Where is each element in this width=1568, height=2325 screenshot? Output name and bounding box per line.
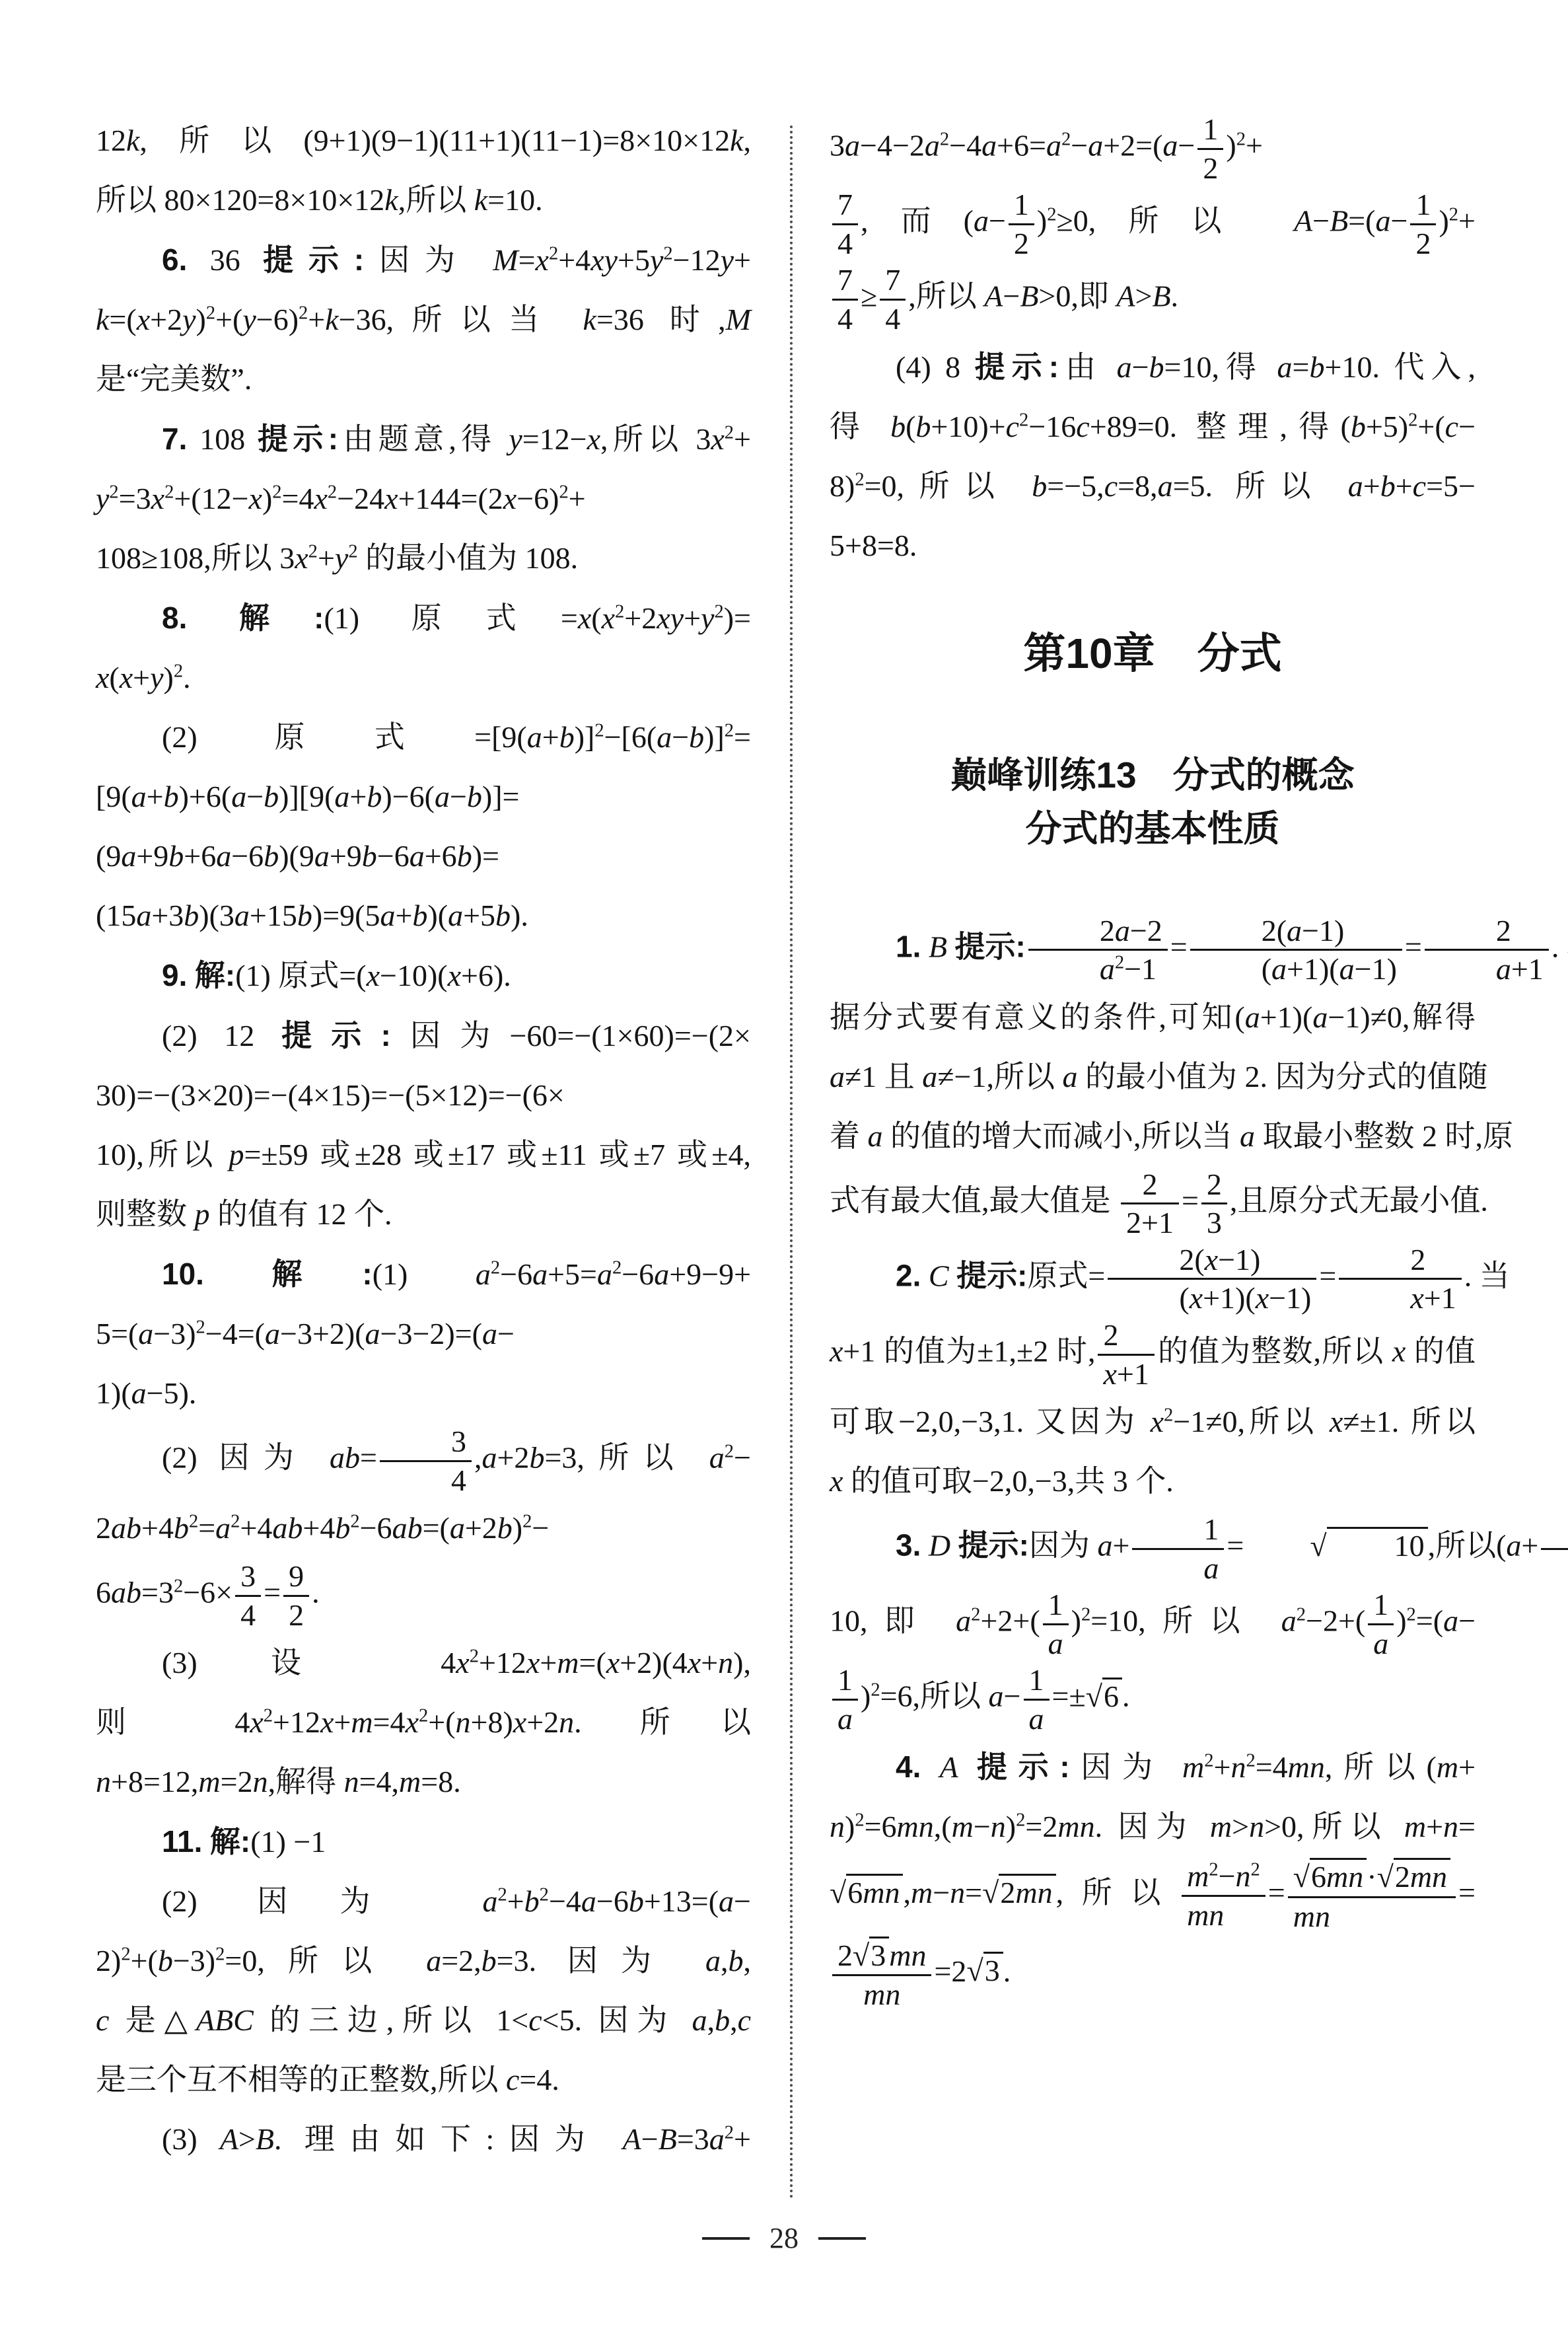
text-line: 可取−2,0,−3,1. 又因为 x2−1≠0,所以 x≠±1. 所以: [830, 1392, 1476, 1452]
text-line: (2) 因为 ab=34,a+2b=3,所以 a2−: [96, 1423, 751, 1498]
fraction: 23: [1201, 1166, 1227, 1241]
fraction: 1a: [1132, 1511, 1224, 1586]
text-line: 1. B 提示:2a−2a2−1=2(a−1)(a+1)(a−1)=2a+1. …: [830, 912, 1476, 988]
text-line: 式有最大值,最大值是 22+1=23,且原分式无最小值.: [830, 1166, 1476, 1241]
text-line: 30)=−(3×20)=−(4×15)=−(5×12)=−(6×: [96, 1066, 751, 1125]
text-line: 2√3mnmn=2√3.: [830, 1935, 1476, 2013]
sqrt-expression: √10: [1244, 1529, 1427, 1563]
sqrt-expression: √2mn: [982, 1876, 1055, 1909]
text-line: 4. A 提示:因为 m2+n2=4mn,所以(m+: [830, 1737, 1476, 1797]
column-divider: [790, 126, 793, 2200]
fraction: 2(x−1)(x+1)(x−1): [1108, 1241, 1316, 1317]
section-title-line2: 分式的基本性质: [830, 805, 1476, 853]
fraction: 12: [1410, 186, 1436, 262]
fraction: 2a−2a2−1: [1028, 912, 1168, 988]
sqrt-expression: √3: [853, 1938, 889, 1972]
text-line: x 的值可取−2,0,−3,共 3 个.: [830, 1452, 1476, 1511]
text-line: 8)2=0,所以 b=−5,c=8,a=5. 所以 a+b+c=5−: [830, 457, 1476, 516]
text-line: (4) 8 提示:由 a−b=10,得 a=b+10. 代入,: [830, 337, 1476, 397]
text-line: x+1 的值为±1,±2 时,2x+1的值为整数,所以 x 的值: [830, 1317, 1476, 1392]
text-line: 3a−4−2a2−4a+6=a2−a+2=(a−12)2+: [830, 111, 1476, 186]
right-column-bottom: 1. B 提示:2a−2a2−1=2(a−1)(a+1)(a−1)=2a+1. …: [830, 912, 1476, 2013]
right-column: 3a−4−2a2−4a+6=a2−a+2=(a−12)2+74,而(a−12)2…: [830, 111, 1476, 2013]
text-line: 6ab=32−6×34=92.: [96, 1558, 751, 1633]
fraction: 1a: [1043, 1586, 1069, 1662]
text-line: n)2=6mn,(m−n)2=2mn. 因为 m>n>0,所以 m+n=: [830, 1797, 1476, 1857]
text-line: 7. 108 提示:由题意,得 y=12−x,所以 3x2+: [96, 409, 751, 469]
fraction: 2x+1: [1098, 1317, 1154, 1392]
fraction: 34: [380, 1423, 472, 1498]
text-line: 是三个互不相等的正整数,所以 c=4.: [96, 2050, 751, 2110]
text-line: 3. D 提示:因为 a+1a=√10,所以(a+1a)2=: [830, 1511, 1476, 1586]
footer-dash-right: [818, 2237, 866, 2240]
fraction: 1a: [1541, 1511, 1568, 1586]
text-line: c 是△ABC 的三边,所以 1<c<5. 因为 a,b,c: [96, 1991, 751, 2050]
fraction: 92: [283, 1558, 309, 1633]
fraction: 1a: [1368, 1586, 1394, 1662]
fraction: 1a: [832, 1662, 858, 1737]
text-line: 74,而(a−12)2≥0,所以 A−B=(a−12)2+: [830, 186, 1476, 262]
fraction: 12: [1197, 111, 1223, 186]
text-line: n+8=12,m=2n,解得 n=4,m=8.: [96, 1752, 751, 1812]
text-line: 5+8=8.: [830, 516, 1476, 575]
fraction: 74: [832, 186, 858, 262]
fraction: 2√3mnmn: [832, 1935, 931, 2013]
fraction: 12: [1009, 186, 1034, 262]
right-column-top: 3a−4−2a2−4a+6=a2−a+2=(a−12)2+74,而(a−12)2…: [830, 111, 1476, 575]
text-line: 74≥74,所以 A−B>0,即 A>B.: [830, 262, 1476, 337]
text-line: 则整数 p 的值有 12 个.: [96, 1185, 751, 1244]
text-line: 9. 解:(1) 原式=(x−10)(x+6).: [96, 945, 751, 1006]
text-line: 108≥108,所以 3x2+y2 的最小值为 108.: [96, 529, 751, 588]
text-line: 得 b(b+10)+c2−16c+89=0. 整理,得(b+5)2+(c−: [830, 397, 1476, 457]
text-line: a≠1 且 a≠−1,所以 a 的最小值为 2. 因为分式的值随: [830, 1047, 1476, 1107]
text-line: 所以 80×120=8×10×12k,所以 k=10.: [96, 170, 751, 230]
text-line: (2) 12 提示:因为−60=−(1×60)=−(2×: [96, 1006, 751, 1066]
text-line: √6mn,m−n=√2mn,所以m2−n2mn=√6mn·√2mnmn=: [830, 1857, 1476, 1935]
chapter-title: 第10章 分式: [830, 628, 1476, 679]
text-line: (15a+3b)(3a+15b)=9(5a+b)(a+5b).: [96, 886, 751, 945]
text-line: 10),所以 p=±59 或±28 或±17 或±11 或±7 或±4,: [96, 1125, 751, 1185]
sqrt-expression: √6mn: [830, 1876, 903, 1909]
sqrt-expression: √6mn: [1293, 1860, 1367, 1894]
text-line: 2ab+4b2=a2+4ab+4b2−6ab=(a+2b)2−: [96, 1498, 751, 1558]
fraction: m2−n2mn: [1182, 1858, 1265, 1933]
text-line: (2) 因为 a2+b2−4a−6b+13=(a−: [96, 1872, 751, 1931]
text-line: 据分式要有意义的条件,可知(a+1)(a−1)≠0,解得: [830, 988, 1476, 1047]
text-line: 着 a 的值的增大而减小,所以当 a 取最小整数 2 时,原: [830, 1107, 1476, 1166]
fraction: 2a+1: [1425, 912, 1549, 988]
text-line: 1a)2=6,所以 a−1a=±√6.: [830, 1662, 1476, 1737]
text-line: (3) A>B. 理由如下:因为 A−B=3a2+: [96, 2110, 751, 2169]
text-line: 2. C 提示:原式=2(x−1)(x+1)(x−1)=2x+1. 当: [830, 1241, 1476, 1317]
text-line: x(x+y)2.: [96, 648, 751, 708]
text-line: k=(x+2y)2+(y−6)2+k−36,所以当 k=36 时,M: [96, 290, 751, 350]
text-line: [9(a+b)+6(a−b)][9(a+b)−6(a−b)]=: [96, 767, 751, 827]
fraction: 2(a−1)(a+1)(a−1): [1190, 912, 1402, 988]
text-line: (2) 原式=[9(a+b)]2−[6(a−b)]2=: [96, 708, 751, 767]
text-line: 6. 36 提示:因为 M=x2+4xy+5y2−12y+: [96, 230, 751, 290]
text-line: 10. 解:(1) a2−6a+5=a2−6a+9−9+: [96, 1244, 751, 1304]
text-line: 8. 解:(1) 原式=x(x2+2xy+y2)=: [96, 588, 751, 648]
fraction: 74: [832, 262, 858, 337]
sqrt-expression: √6: [1086, 1679, 1122, 1713]
text-line: (3) 设 4x2+12x+m=(x+2)(4x+n),: [96, 1633, 751, 1693]
footer-dash-left: [702, 2237, 750, 2240]
textbook-answer-page: 12k,所以(9+1)(9−1)(11+1)(11−1)=8×10×12k,所以…: [0, 0, 1568, 2325]
section-title-line1: 巅峰训练13 分式的概念: [830, 752, 1476, 799]
sqrt-expression: √3: [966, 1954, 1003, 1987]
left-column: 12k,所以(9+1)(9−1)(11+1)(11−1)=8×10×12k,所以…: [96, 111, 751, 2169]
page-footer: 28: [0, 2219, 1568, 2255]
fraction: 2x+1: [1339, 1241, 1461, 1317]
text-line: 5=(a−3)2−4=(a−3+2)(a−3−2)=(a−: [96, 1304, 751, 1364]
text-line: 1)(a−5).: [96, 1364, 751, 1423]
page-number: 28: [769, 2221, 799, 2255]
sqrt-expression: √2mn: [1377, 1860, 1450, 1894]
fraction: 34: [235, 1558, 261, 1633]
text-line: 2)2+(b−3)2=0,所以 a=2,b=3. 因为 a,b,: [96, 1931, 751, 1991]
fraction: 74: [880, 262, 906, 337]
text-line: 则 4x2+12x+m=4x2+(n+8)x+2n. 所以: [96, 1693, 751, 1752]
fraction: √6mn·√2mnmn: [1288, 1857, 1456, 1935]
text-line: 是“完美数”.: [96, 350, 751, 409]
fraction: 22+1: [1121, 1166, 1179, 1241]
text-line: 11. 解:(1) −1: [96, 1812, 751, 1872]
text-line: y2=3x2+(12−x)2=4x2−24x+144=(2x−6)2+: [96, 469, 751, 529]
text-line: (9a+9b+6a−6b)(9a+9b−6a+6b)=: [96, 827, 751, 886]
fraction: 1a: [1024, 1662, 1050, 1737]
text-line: 10,即 a2+2+(1a)2=10,所以 a2−2+(1a)2=(a−: [830, 1586, 1476, 1662]
text-line: 12k,所以(9+1)(9−1)(11+1)(11−1)=8×10×12k,: [96, 111, 751, 170]
